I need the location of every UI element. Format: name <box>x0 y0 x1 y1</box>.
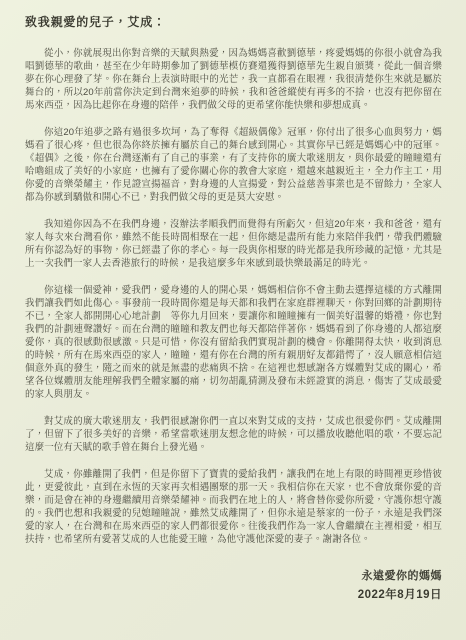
signature-block: 永遠愛你的媽媽 2022年8月19日 <box>25 567 442 604</box>
letter-paragraph: 艾成，你雖離開了我們，但是你留下了寶貴的愛給我們，讓我們在地上有限的時間裡更珍惜… <box>25 468 442 546</box>
letter-paragraph: 對艾成的廣大歌迷朋友，我們很感謝你們一直以來對艾成的支持，艾成也很愛你們。艾成離… <box>25 415 442 454</box>
signature-date: 2022年8月19日 <box>25 586 442 605</box>
letter-title: 致我親愛的兒子，艾成： <box>25 13 442 30</box>
signature-sender: 永遠愛你的媽媽 <box>25 567 442 586</box>
letter-paragraph: 你這20年追夢之路有過很多坎坷，為了奪得《超級偶像》冠軍，你付出了很多心血與努力… <box>25 126 442 204</box>
letter-page: 致我親愛的兒子，艾成： 從小，你就展現出你對音樂的天賦與熱愛，因為媽媽喜歡劉德華… <box>0 0 466 640</box>
letter-paragraph: 你這樣一個愛神，愛我們，愛身邊的人的開心果，媽媽相信你不會主動去選擇這樣的方式離… <box>25 284 442 401</box>
letter-paragraph: 從小，你就展現出你對音樂的天賦與熱愛，因為媽媽喜歡劉德華，疼愛媽媽的你很小就會為… <box>25 47 442 112</box>
letter-body: 從小，你就展現出你對音樂的天賦與熱愛，因為媽媽喜歡劉德華，疼愛媽媽的你很小就會為… <box>25 47 442 546</box>
letter-paragraph: 我知道你因為不在我們身邊，沒辦法孝順我們而覺得有所虧欠，但這20年來，我和爸爸，… <box>25 218 442 270</box>
